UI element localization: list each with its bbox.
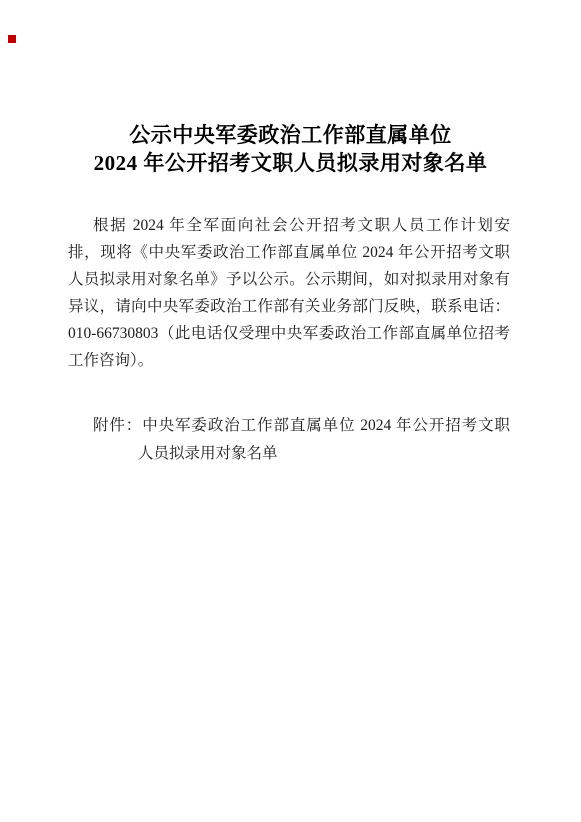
paragraph-line-5: 010-66730803（此电话仅受理中央军委政治工作部直属单位招考 — [68, 320, 510, 347]
document-paragraph: 根据 2024 年全军面向社会公开招考文职人员工作计划安 排，现将《中央军委政治… — [68, 212, 510, 374]
title-line-2: 2024 年公开招考文职人员拟录用对象名单 — [0, 149, 581, 177]
title-line-1: 公示中央军委政治工作部直属单位 — [0, 121, 581, 149]
paragraph-line-1: 根据 2024 年全军面向社会公开招考文职人员工作计划安 — [68, 212, 510, 239]
red-square-marker — [8, 35, 16, 43]
document-title: 公示中央军委政治工作部直属单位 2024 年公开招考文职人员拟录用对象名单 — [0, 121, 581, 177]
paragraph-line-3: 人员拟录用对象名单》予以公示。公示期间，如对拟录用对象有 — [68, 266, 510, 293]
paragraph-line-6: 工作咨询）。 — [68, 347, 510, 374]
attachment-line-2: 人员拟录用对象名单 — [138, 440, 510, 468]
attachment-line-1: 附件：中央军委政治工作部直属单位 2024 年公开招考文职 — [93, 412, 510, 440]
attachment-section: 附件：中央军委政治工作部直属单位 2024 年公开招考文职 人员拟录用对象名单 — [68, 412, 510, 468]
paragraph-line-4: 异议，请向中央军委政治工作部有关业务部门反映，联系电话： — [68, 293, 510, 320]
paragraph-line-2: 排，现将《中央军委政治工作部直属单位 2024 年公开招考文职 — [68, 239, 510, 266]
document-page: 公示中央军委政治工作部直属单位 2024 年公开招考文职人员拟录用对象名单 根据… — [0, 0, 581, 822]
